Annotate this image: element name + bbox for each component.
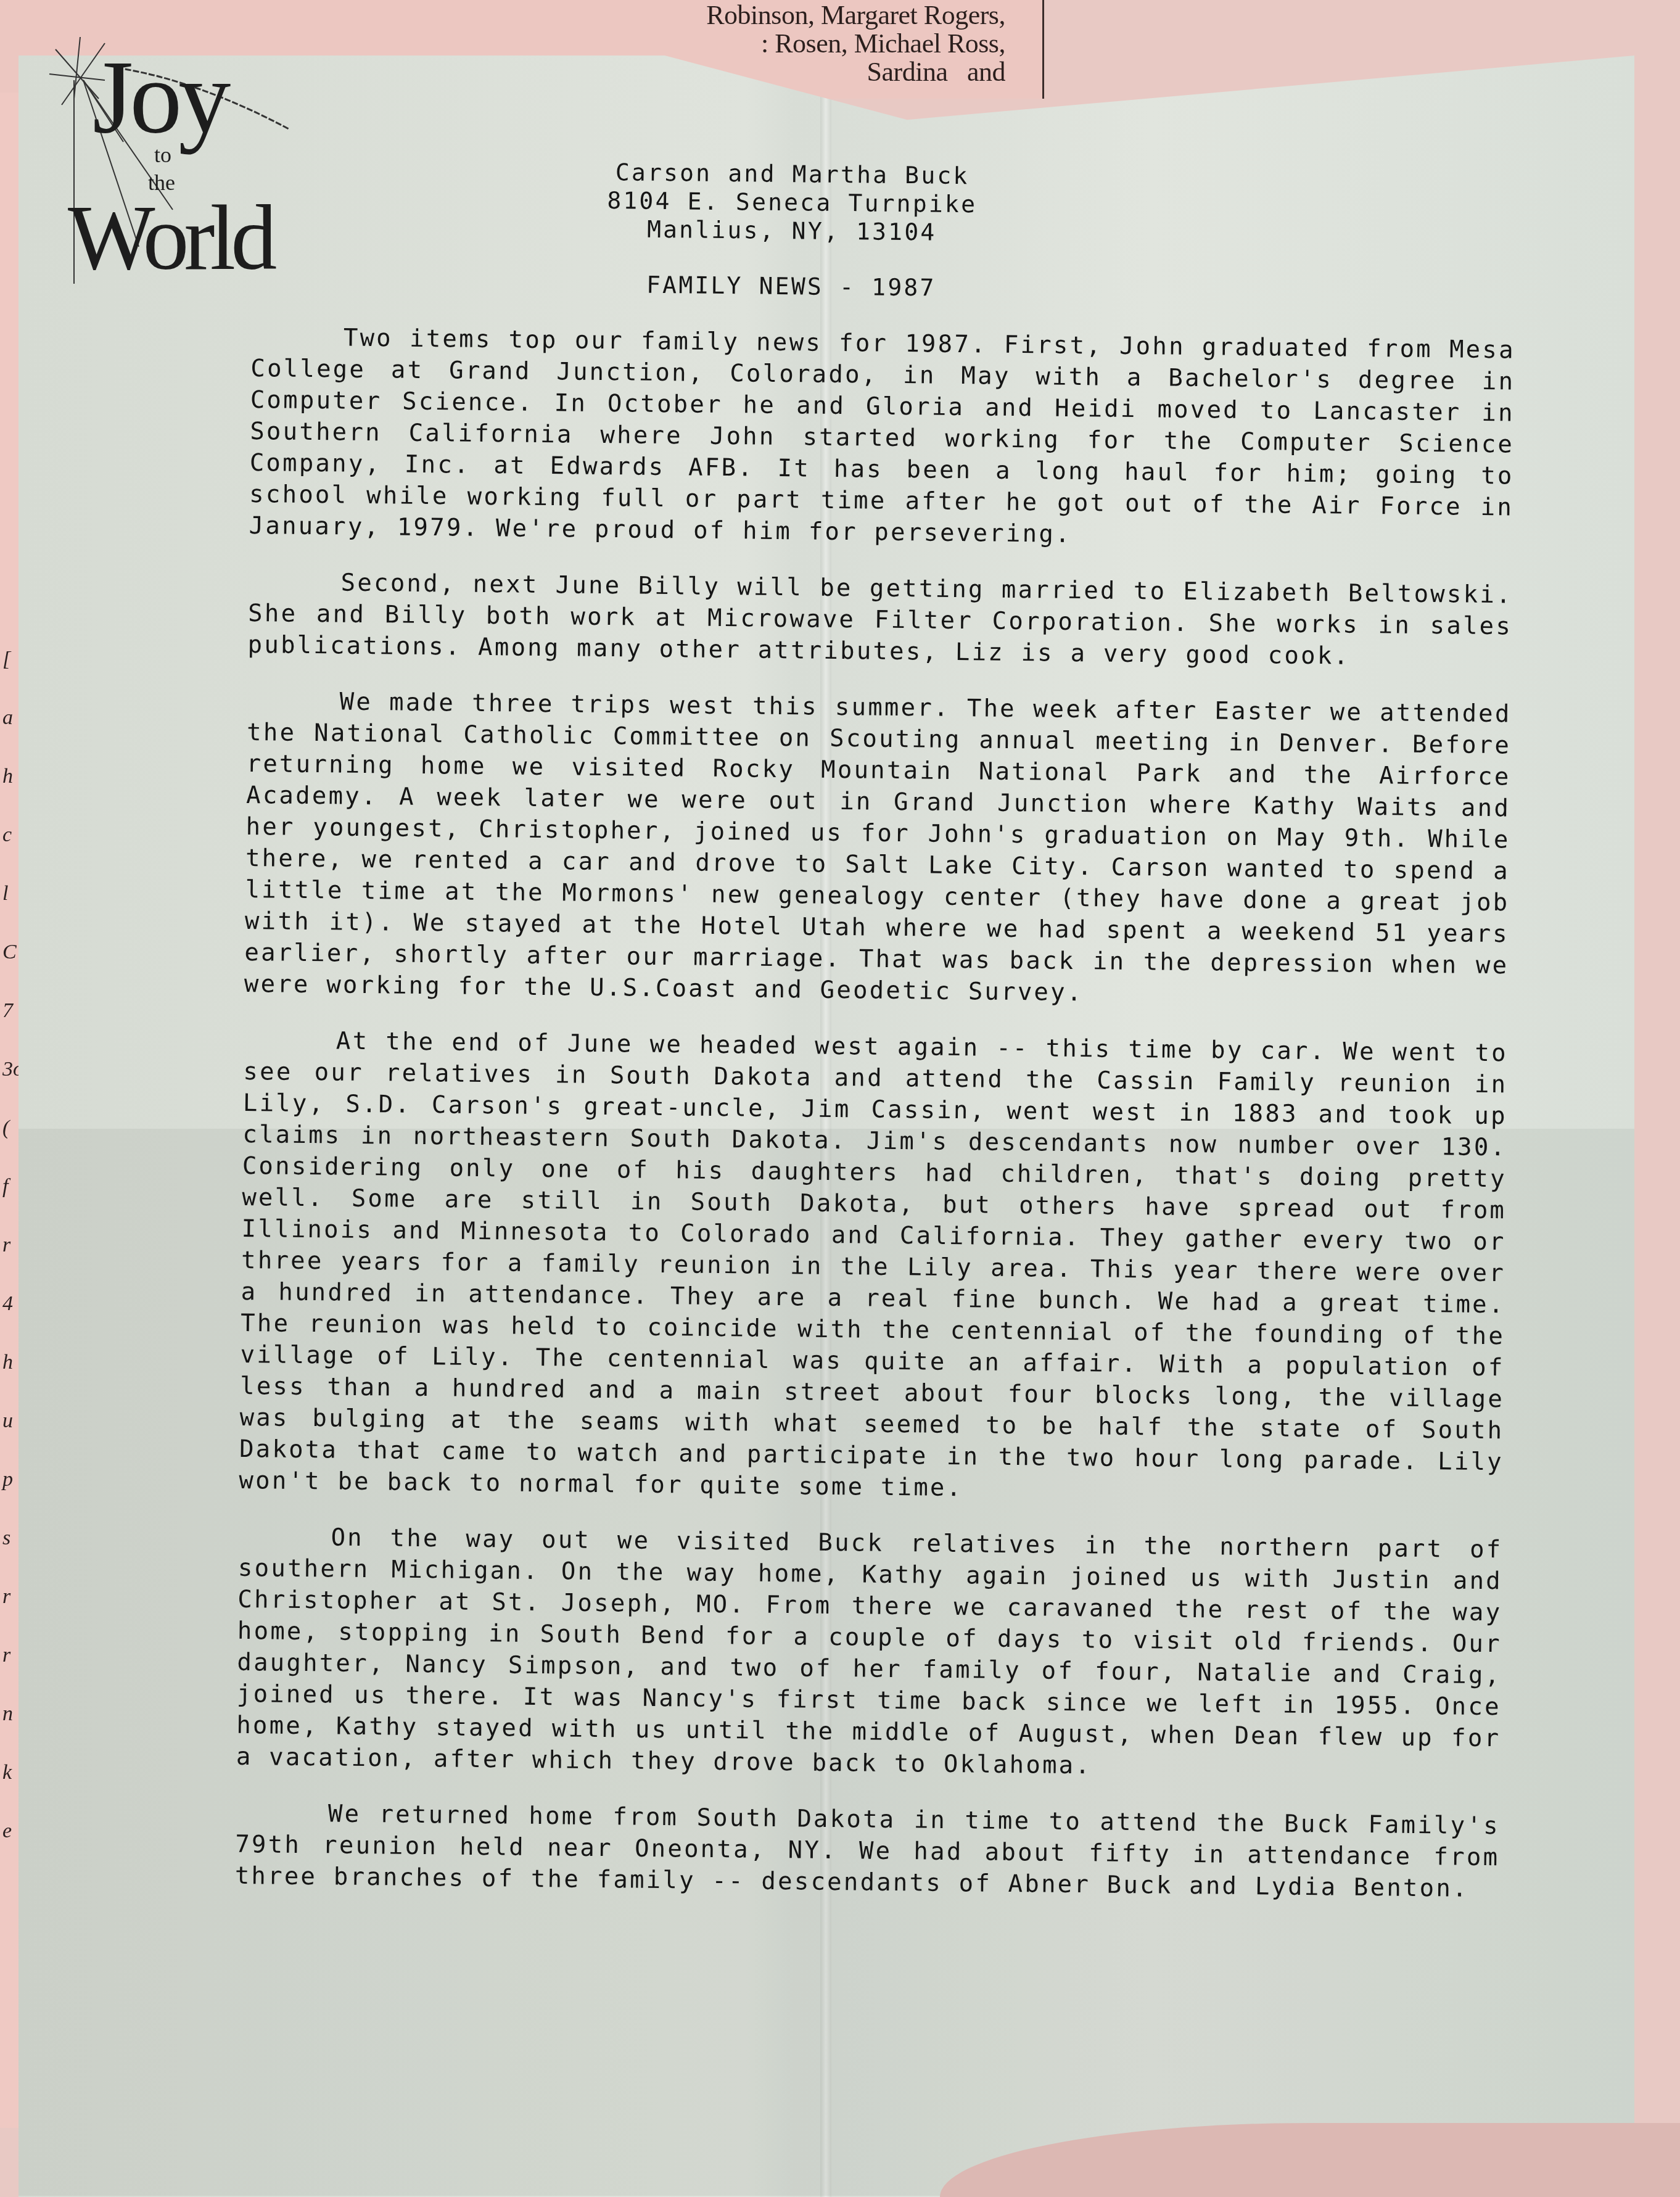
handwriting-glyph: e <box>2 1820 12 1843</box>
paragraph-text: We returned home from South Dakota in ti… <box>235 1800 1500 1902</box>
family-news-letter: Carson and Martha Buck 8104 E. Seneca Tu… <box>235 154 1517 1905</box>
handwriting-glyph: k <box>2 1761 12 1784</box>
paragraph-buck-reunion: We returned home from South Dakota in ti… <box>235 1797 1500 1905</box>
handwriting-glyph: l <box>2 882 8 905</box>
handwriting-glyph: n <box>2 1702 13 1726</box>
paragraph-text: Second, next June Billy will be getting … <box>247 569 1512 670</box>
handwriting-glyph: ( <box>2 1116 9 1140</box>
logo-word-to: to <box>154 142 171 168</box>
paragraph-trips-west: We made three trips west this summer. Th… <box>244 685 1512 1013</box>
paragraph-wedding: Second, next June Billy will be getting … <box>247 566 1512 674</box>
paragraph-text: Two items top our family news for 1987. … <box>249 324 1515 548</box>
handwriting-glyph: C <box>2 941 17 964</box>
handwriting-glyph: s <box>2 1527 10 1550</box>
handwriting-glyph: h <box>2 1351 13 1374</box>
handwriting-glyph: u <box>2 1409 13 1433</box>
handwriting-glyph: r <box>2 1585 10 1609</box>
handwriting-glyph: a <box>2 706 13 730</box>
paragraph-text: We made three trips west this summer. Th… <box>244 688 1512 1007</box>
sender-address: Carson and Martha Buck 8104 E. Seneca Tu… <box>437 156 1147 249</box>
paragraph-text: On the way out we visited Buck relatives… <box>236 1523 1503 1779</box>
handwriting-glyph: r <box>2 1644 10 1667</box>
logo-word-joy: Joy <box>93 37 227 157</box>
handwriting-glyph: h <box>2 765 13 788</box>
handwriting-glyph: 7 <box>2 999 13 1023</box>
handwriting-glyph: r <box>2 1234 10 1257</box>
handwriting-glyph: p <box>2 1468 13 1491</box>
handwriting-glyph: 4 <box>2 1292 13 1316</box>
handwriting-glyph: [ <box>2 648 10 671</box>
paragraph-text: At the end of June we headed west again … <box>239 1027 1508 1502</box>
newspaper-line: Robinson, Margaret Rogers, <box>706 1 1005 30</box>
handwriting-glyph: f <box>2 1175 8 1198</box>
handwriting-glyph: c <box>2 823 12 847</box>
paragraph-graduation: Two items top our family news for 1987. … <box>249 321 1515 554</box>
newspaper-line: : Rosen, Michael Ross, <box>706 30 1005 58</box>
letter-heading: FAMILY NEWS - 1987 <box>437 267 1146 306</box>
paragraph-cassin-reunion: At the end of June we headed west again … <box>239 1024 1508 1509</box>
paragraph-michigan-trip: On the way out we visited Buck relatives… <box>236 1521 1503 1786</box>
logo-word-world: World <box>68 185 272 291</box>
newspaper-text: Robinson, Margaret Rogers, : Rosen, Mich… <box>706 1 1005 86</box>
